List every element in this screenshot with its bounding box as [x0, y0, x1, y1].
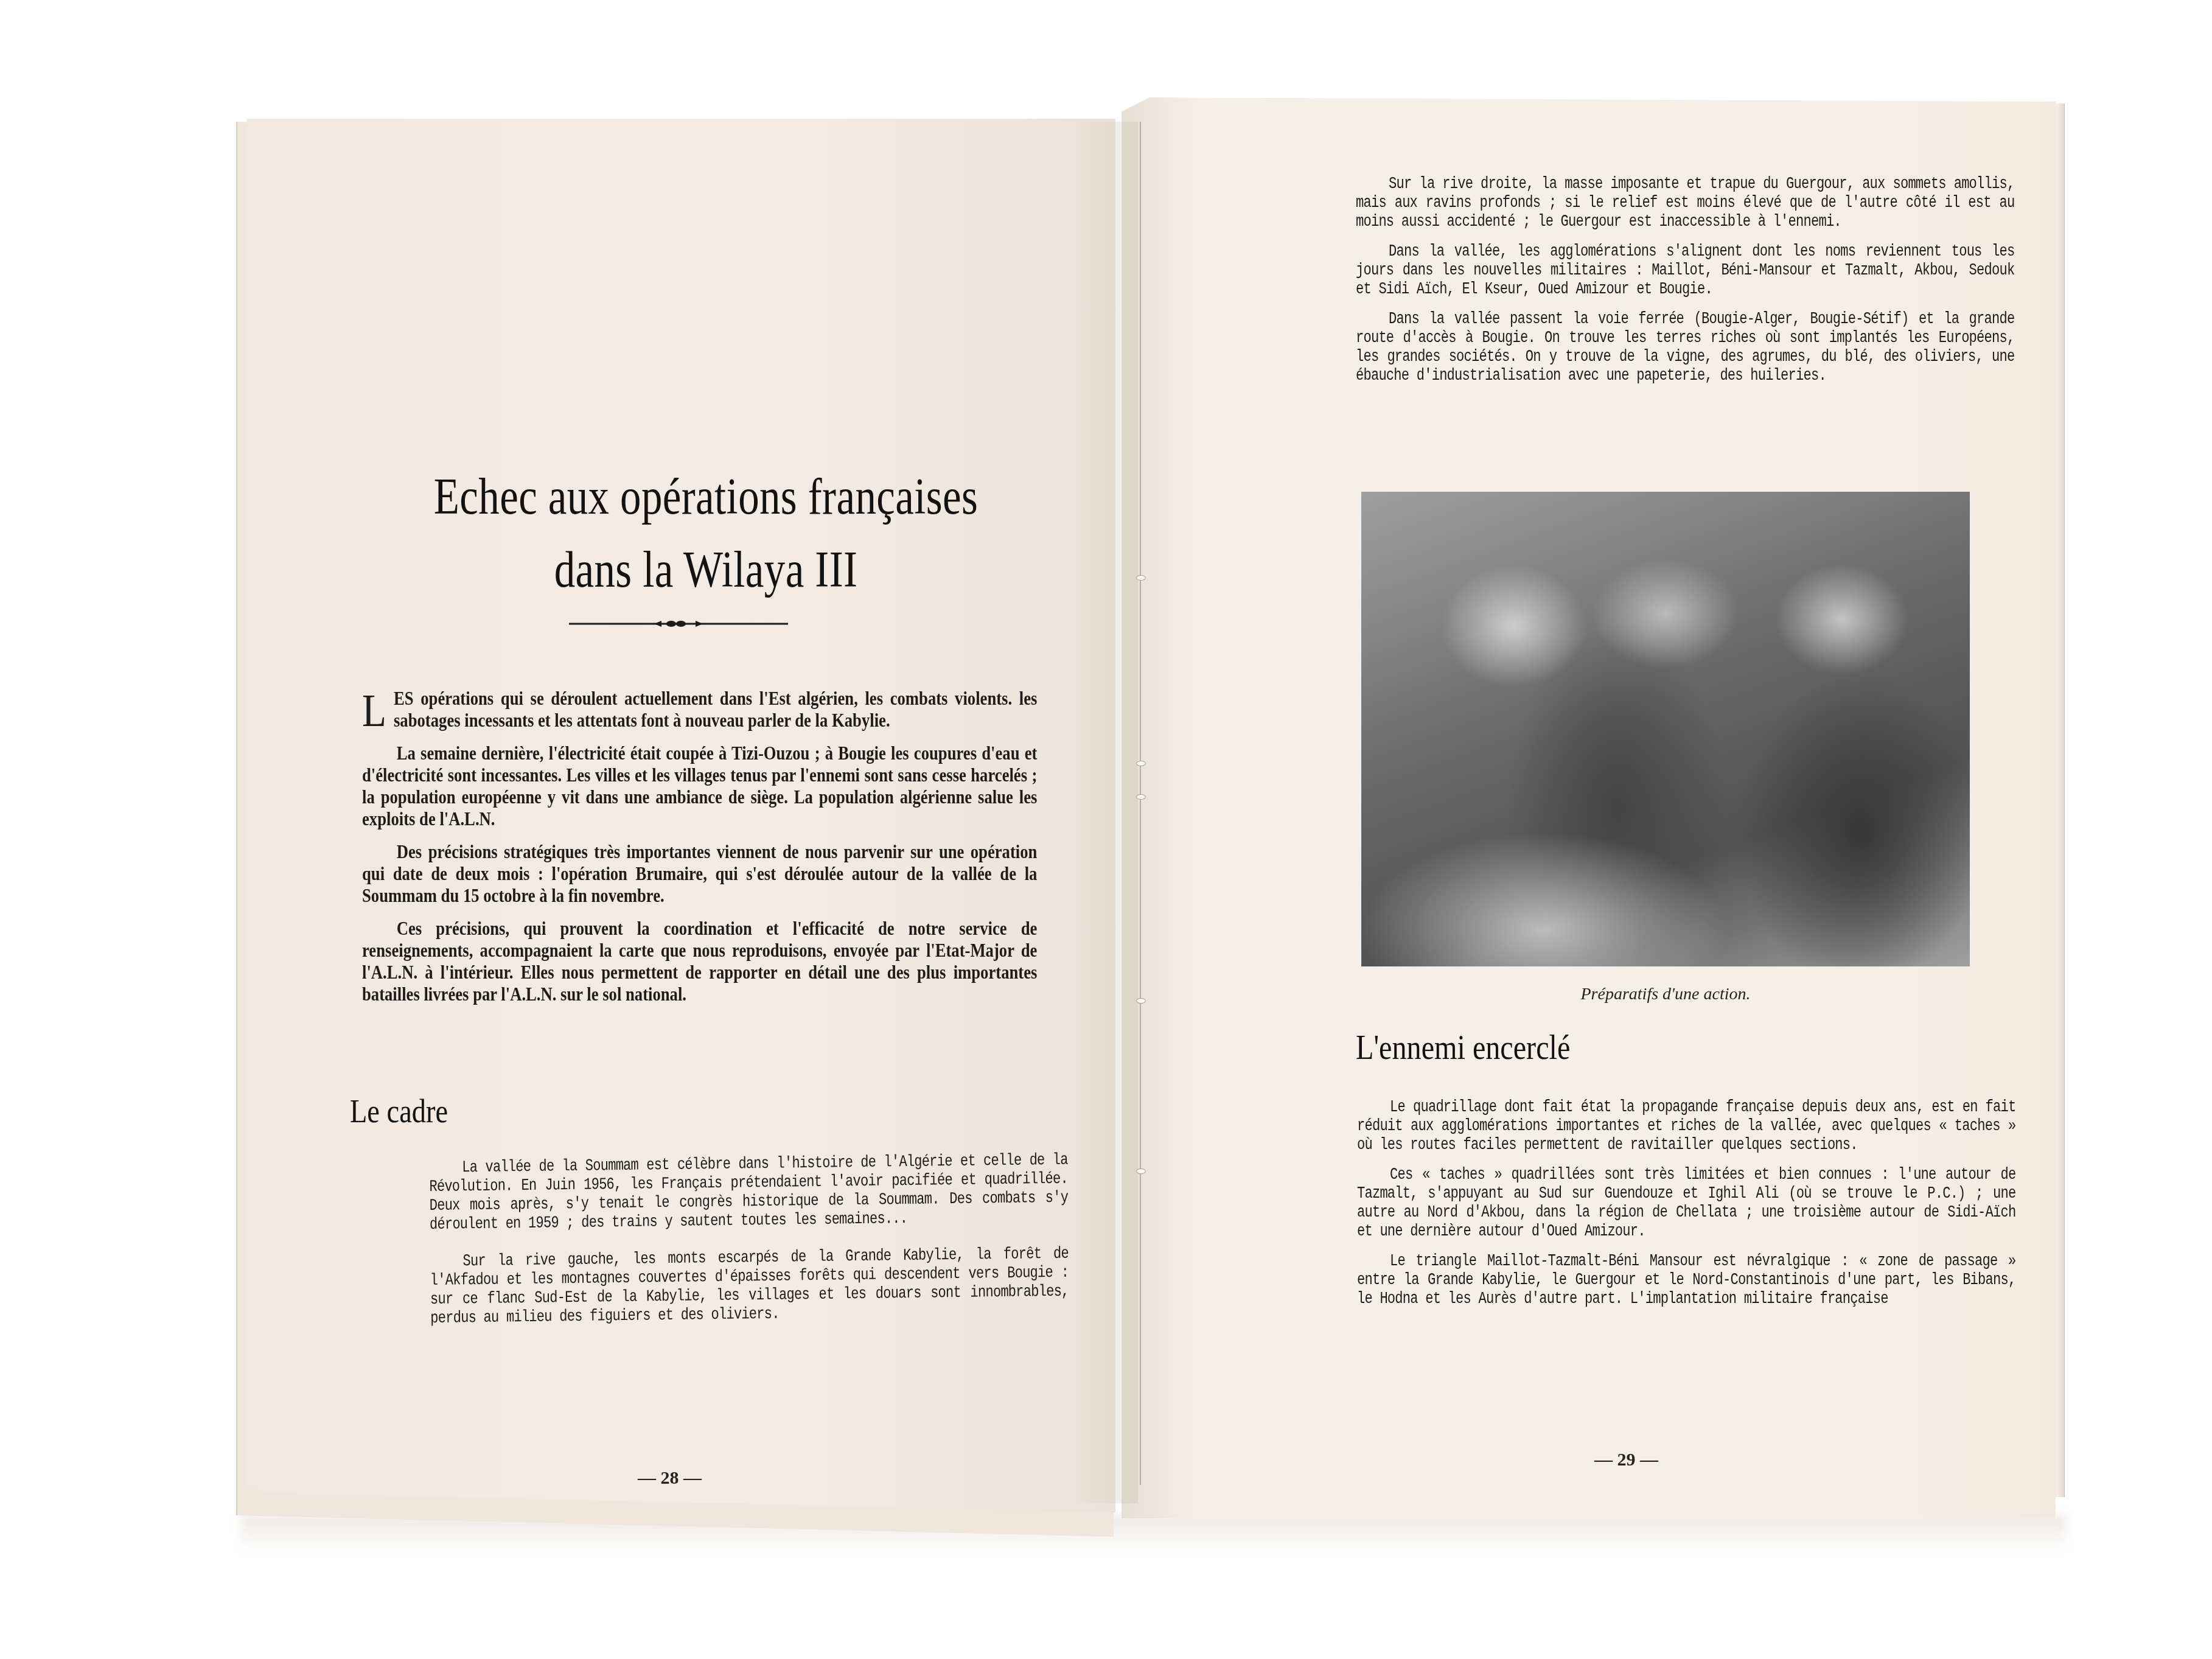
binding-stitch [1136, 761, 1146, 766]
intro-paragraph-2: La semaine dernière, l'électricité était… [362, 742, 1037, 830]
section-heading-ennemi-encercle: L'ennemi encerclé [1356, 1029, 1570, 1067]
right-paragraph-3: Dans la vallée passent la voie ferrée (B… [1356, 310, 2014, 386]
binding-stitch [1136, 794, 1146, 800]
encercle-paragraph-3: Le triangle Maillot-Tazmalt-Béni Mansour… [1357, 1252, 2015, 1309]
binding-stitch [1136, 1168, 1146, 1174]
section-ennemi-encercle-text: Le quadrillage dont fait état la propaga… [1357, 1098, 2015, 1320]
page-number-left: — 28 — [638, 1468, 702, 1489]
page-number-right: — 29 — [1594, 1450, 1658, 1470]
right-paragraph-1: Sur la rive droite, la masse imposante e… [1356, 175, 2014, 232]
photograph-fighters: black-and-white photograph of four fight… [1361, 492, 1970, 966]
spine-shadow [1071, 122, 1138, 1503]
section-heading-le-cadre: Le cadre [350, 1092, 448, 1130]
right-paragraph-2: Dans la vallée, les agglomérations s'ali… [1356, 243, 2014, 299]
encercle-paragraph-2: Ces « taches » quadrillées sont très lim… [1357, 1166, 2015, 1242]
article-title-line-2: dans la Wilaya III [406, 545, 1005, 596]
intro-text: LES opérations qui se déroulent actuelle… [362, 688, 1037, 1016]
le-cadre-paragraph-2: Sur la rive gauche, les monts escarpés d… [430, 1245, 1069, 1329]
dropcap-letter: L [362, 691, 386, 730]
photo-caption: Préparatifs d'une action. [1361, 985, 1970, 1004]
encercle-paragraph-1: Le quadrillage dont fait état la propaga… [1357, 1098, 2015, 1155]
binding-stitch [1136, 575, 1146, 581]
photo-description: black-and-white photograph of four fight… [1361, 945, 1970, 959]
ornament-divider-icon [569, 620, 788, 628]
section-le-cadre-text: La vallée de la Soummam est célèbre dans… [429, 1151, 1069, 1339]
intro-paragraph-4: Ces précisions, qui prouvent la coordina… [362, 918, 1037, 1005]
spine-gutter [1140, 122, 1141, 1485]
intro-paragraph-1: LES opérations qui se déroulent actuelle… [362, 688, 1037, 732]
intro-paragraph-3: Des précisions stratégiques très importa… [362, 841, 1037, 907]
binding-stitch [1136, 998, 1146, 1004]
le-cadre-paragraph-1: La vallée de la Soummam est célèbre dans… [429, 1151, 1069, 1235]
right-page-intro-text: Sur la rive droite, la masse imposante e… [1356, 175, 2014, 397]
article-title-line-1: Echec aux opérations françaises [406, 472, 1005, 523]
